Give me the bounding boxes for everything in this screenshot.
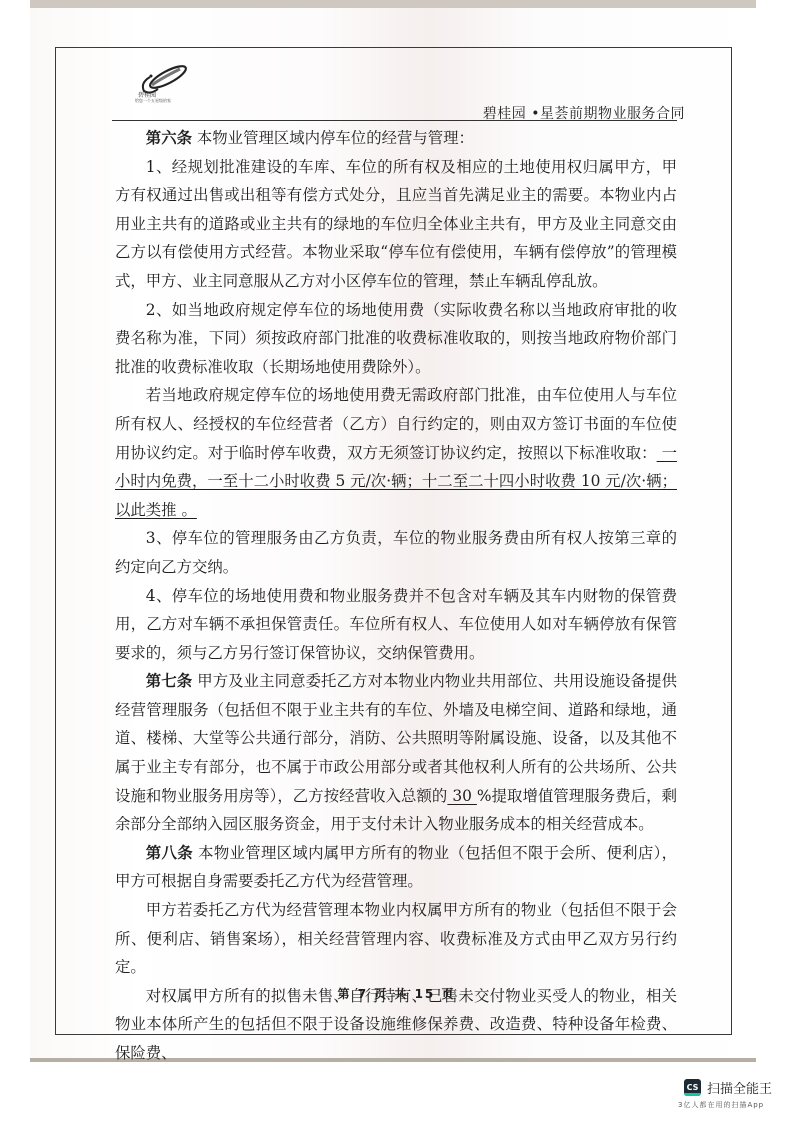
article-heading-text: 本物业管理区域内停车位的经营与管理： bbox=[197, 129, 474, 147]
article-6-parking-fee-paragraph: 若当地政府规定停车位的场地使用费无需政府部门批准，由车位使用人与车位所有权人、经… bbox=[115, 381, 677, 524]
article-8: 第八条 本物业管理区域内属甲方所有的物业（包括但不限于会所、便利店），甲方可根据… bbox=[115, 839, 677, 896]
article-label: 第六条 bbox=[146, 129, 192, 147]
article-8-paragraph-2: 甲方若委托乙方代为经营管理本物业内权属甲方所有的物业（包括但不限于会所、便利店、… bbox=[115, 896, 677, 982]
article-6-clause-1: 1、经规划批准建设的车库、车位的所有权及相应的土地使用权归属甲方，甲方有权通过出… bbox=[115, 153, 677, 296]
article-6-clause-2: 2、如当地政府规定停车位的场地使用费（实际收费名称以当地政府审批的收费名称为准，… bbox=[115, 296, 677, 382]
article-6-clause-3: 3、停车位的管理服务由乙方负责，车位的物业服务费由所有权人按第三章的约定向乙方交… bbox=[115, 524, 677, 581]
camscanner-tagline: 3亿人都在用的扫描App bbox=[678, 1100, 764, 1110]
parking-fee-intro: 若当地政府规定停车位的场地使用费无需政府部门批准，由车位使用人与车位所有权人、经… bbox=[115, 386, 677, 461]
camscanner-app-name: 扫描全能王 bbox=[707, 1078, 772, 1097]
contract-body: 第六条 本物业管理区域内停车位的经营与管理： 1、经规划批准建设的车库、车位的所… bbox=[115, 124, 677, 1068]
article-6-heading: 第六条 本物业管理区域内停车位的经营与管理： bbox=[115, 124, 677, 153]
camscanner-logo-icon: CS bbox=[684, 1079, 701, 1096]
article-8-text: 本物业管理区域内属甲方所有的物业（包括但不限于会所、便利店），甲方可根据自身需要… bbox=[115, 844, 677, 891]
article-7: 第七条 甲方及业主同意委托乙方对本物业内物业共用部位、共用设施设备提供经营管理服… bbox=[115, 667, 677, 839]
article-label: 第八条 bbox=[146, 844, 193, 862]
logo-slogan: 给您一个五星级的家 bbox=[135, 98, 171, 104]
article-label: 第七条 bbox=[146, 672, 192, 690]
fee-percent-value: 30 bbox=[447, 787, 477, 805]
article-7-text-pre: 甲方及业主同意委托乙方对本物业内物业共用部位、共用设施设备提供经营管理服务（包括… bbox=[115, 672, 677, 804]
header-divider bbox=[112, 120, 677, 121]
article-6-clause-4: 4、停车位的场地使用费和物业服务费并不包含对车辆及其车内财物的保管费用，乙方对车… bbox=[115, 582, 677, 668]
page-number: 第 7 页 共 15 页 bbox=[0, 985, 793, 1002]
paper-top-edge bbox=[30, 0, 756, 8]
camscanner-watermark: CS 扫描全能王 bbox=[684, 1078, 772, 1097]
